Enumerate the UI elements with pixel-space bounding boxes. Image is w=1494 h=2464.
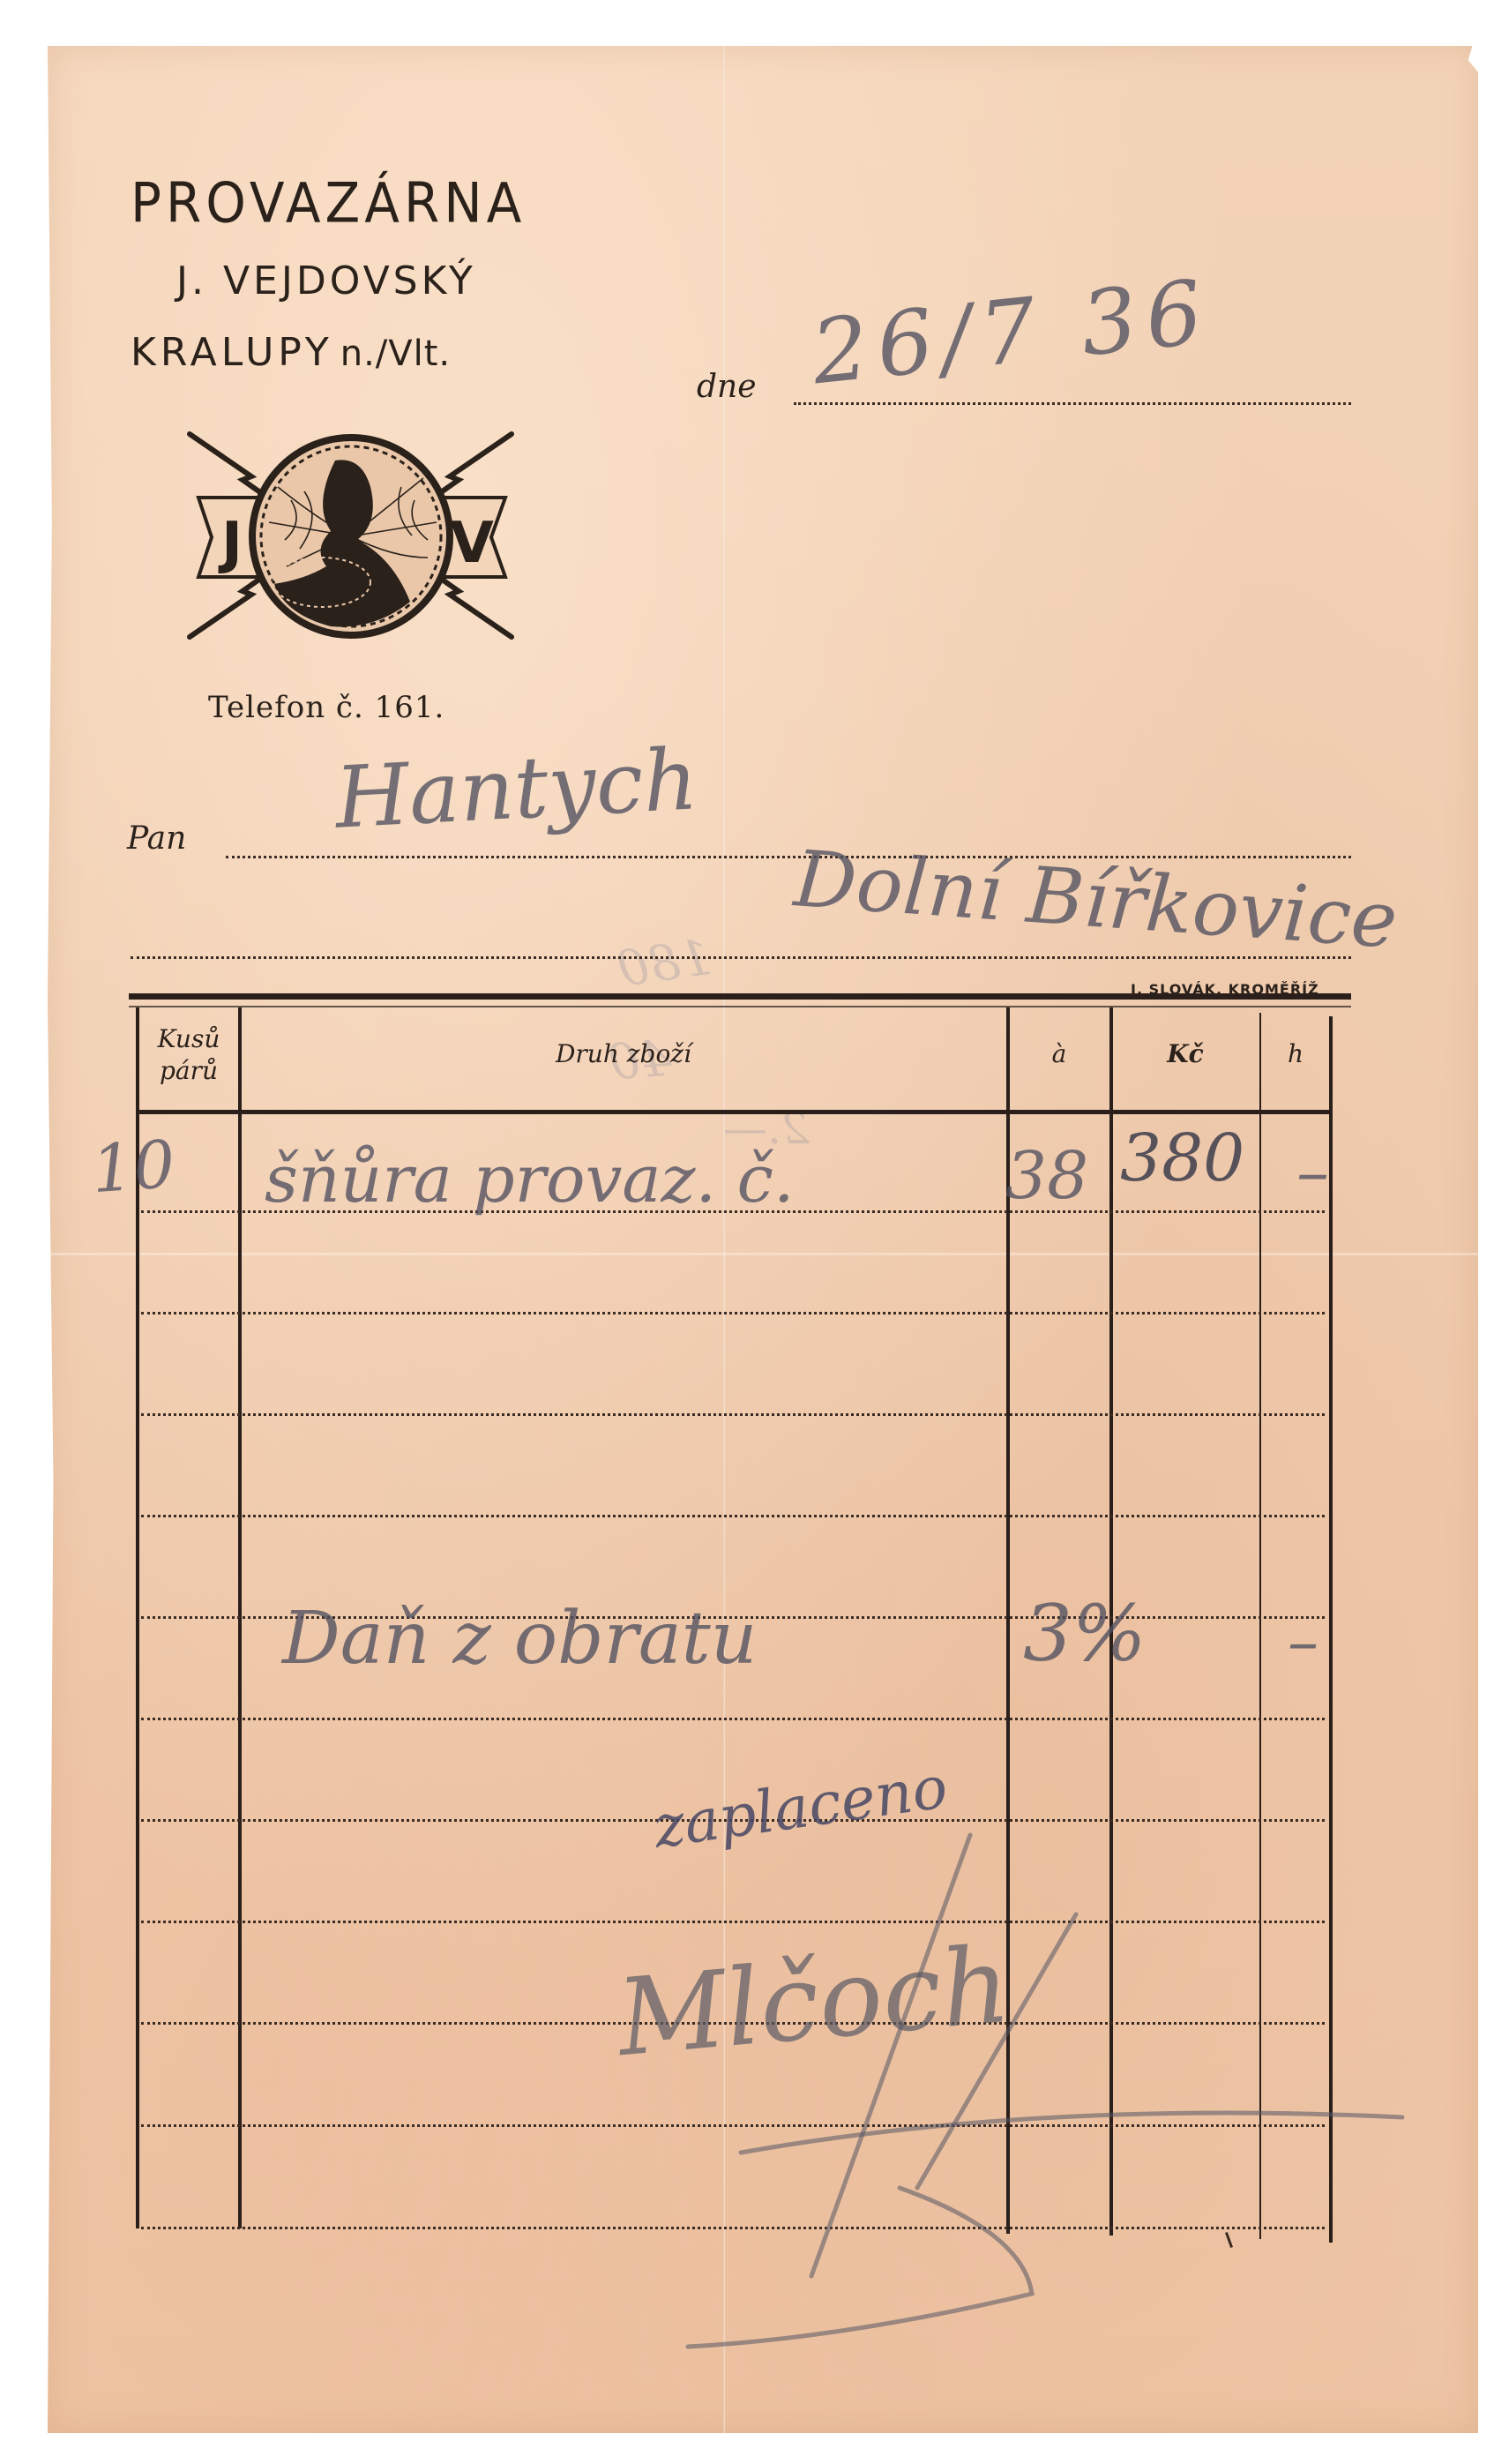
firm-owner: J. VEJDOVSKÝ [176,258,476,303]
row-line [141,1718,1325,1720]
firm-name: PROVAZÁRNA [131,170,526,235]
column-header-item: Druh zboží [242,1039,1005,1068]
column-header-qty-line2: párů [141,1055,236,1087]
tax-hellers: – [1288,1606,1318,1678]
column-header-crowns: Kč [1113,1039,1258,1068]
date-dotted-line [794,402,1351,405]
table-header-bottom-rule [139,1110,1330,1114]
row-qty: 10 [89,1127,177,1208]
row-line [141,1413,1325,1416]
customer-dotted-line-1 [226,856,1351,858]
row-crowns: 380 [1120,1120,1244,1196]
row-item: šňůra provaz. č. [265,1142,795,1217]
firm-city: KRALUPYn./Vlt. [131,330,451,375]
city-name: KRALUPY [131,330,333,375]
column-header-hellers: h [1263,1039,1328,1068]
customer-dotted-line-2 [131,956,1351,959]
column-header-qty: Kusů párů [141,1023,236,1087]
customer-name-handwritten: Hantych [332,730,699,847]
fold-crease-horizontal [48,1253,1478,1255]
row-hellers: – [1296,1135,1329,1210]
date-label: dne [697,369,757,405]
tax-rate: 3% [1023,1588,1147,1679]
table-top-rule-thin [129,1006,1351,1007]
row-unit-price: 38 [1005,1138,1088,1214]
row-line [141,1515,1325,1517]
city-suffix: n./Vlt. [340,333,451,374]
rope-maker-emblem-icon: J V [181,425,520,646]
phone-number: Telefon č. 161. [208,690,444,725]
tax-note: Daň z obratu [282,1597,758,1681]
table-top-rule [129,993,1351,1000]
column-header-unit-price: à [1011,1039,1108,1068]
row-line [141,1312,1325,1314]
logo-letter-right: V [450,511,494,576]
column-header-qty-line1: Kusů [141,1023,236,1055]
signature-flourish-icon [582,1817,1429,2364]
logo-letter-left: J [218,511,243,576]
customer-label: Pan [127,820,186,857]
